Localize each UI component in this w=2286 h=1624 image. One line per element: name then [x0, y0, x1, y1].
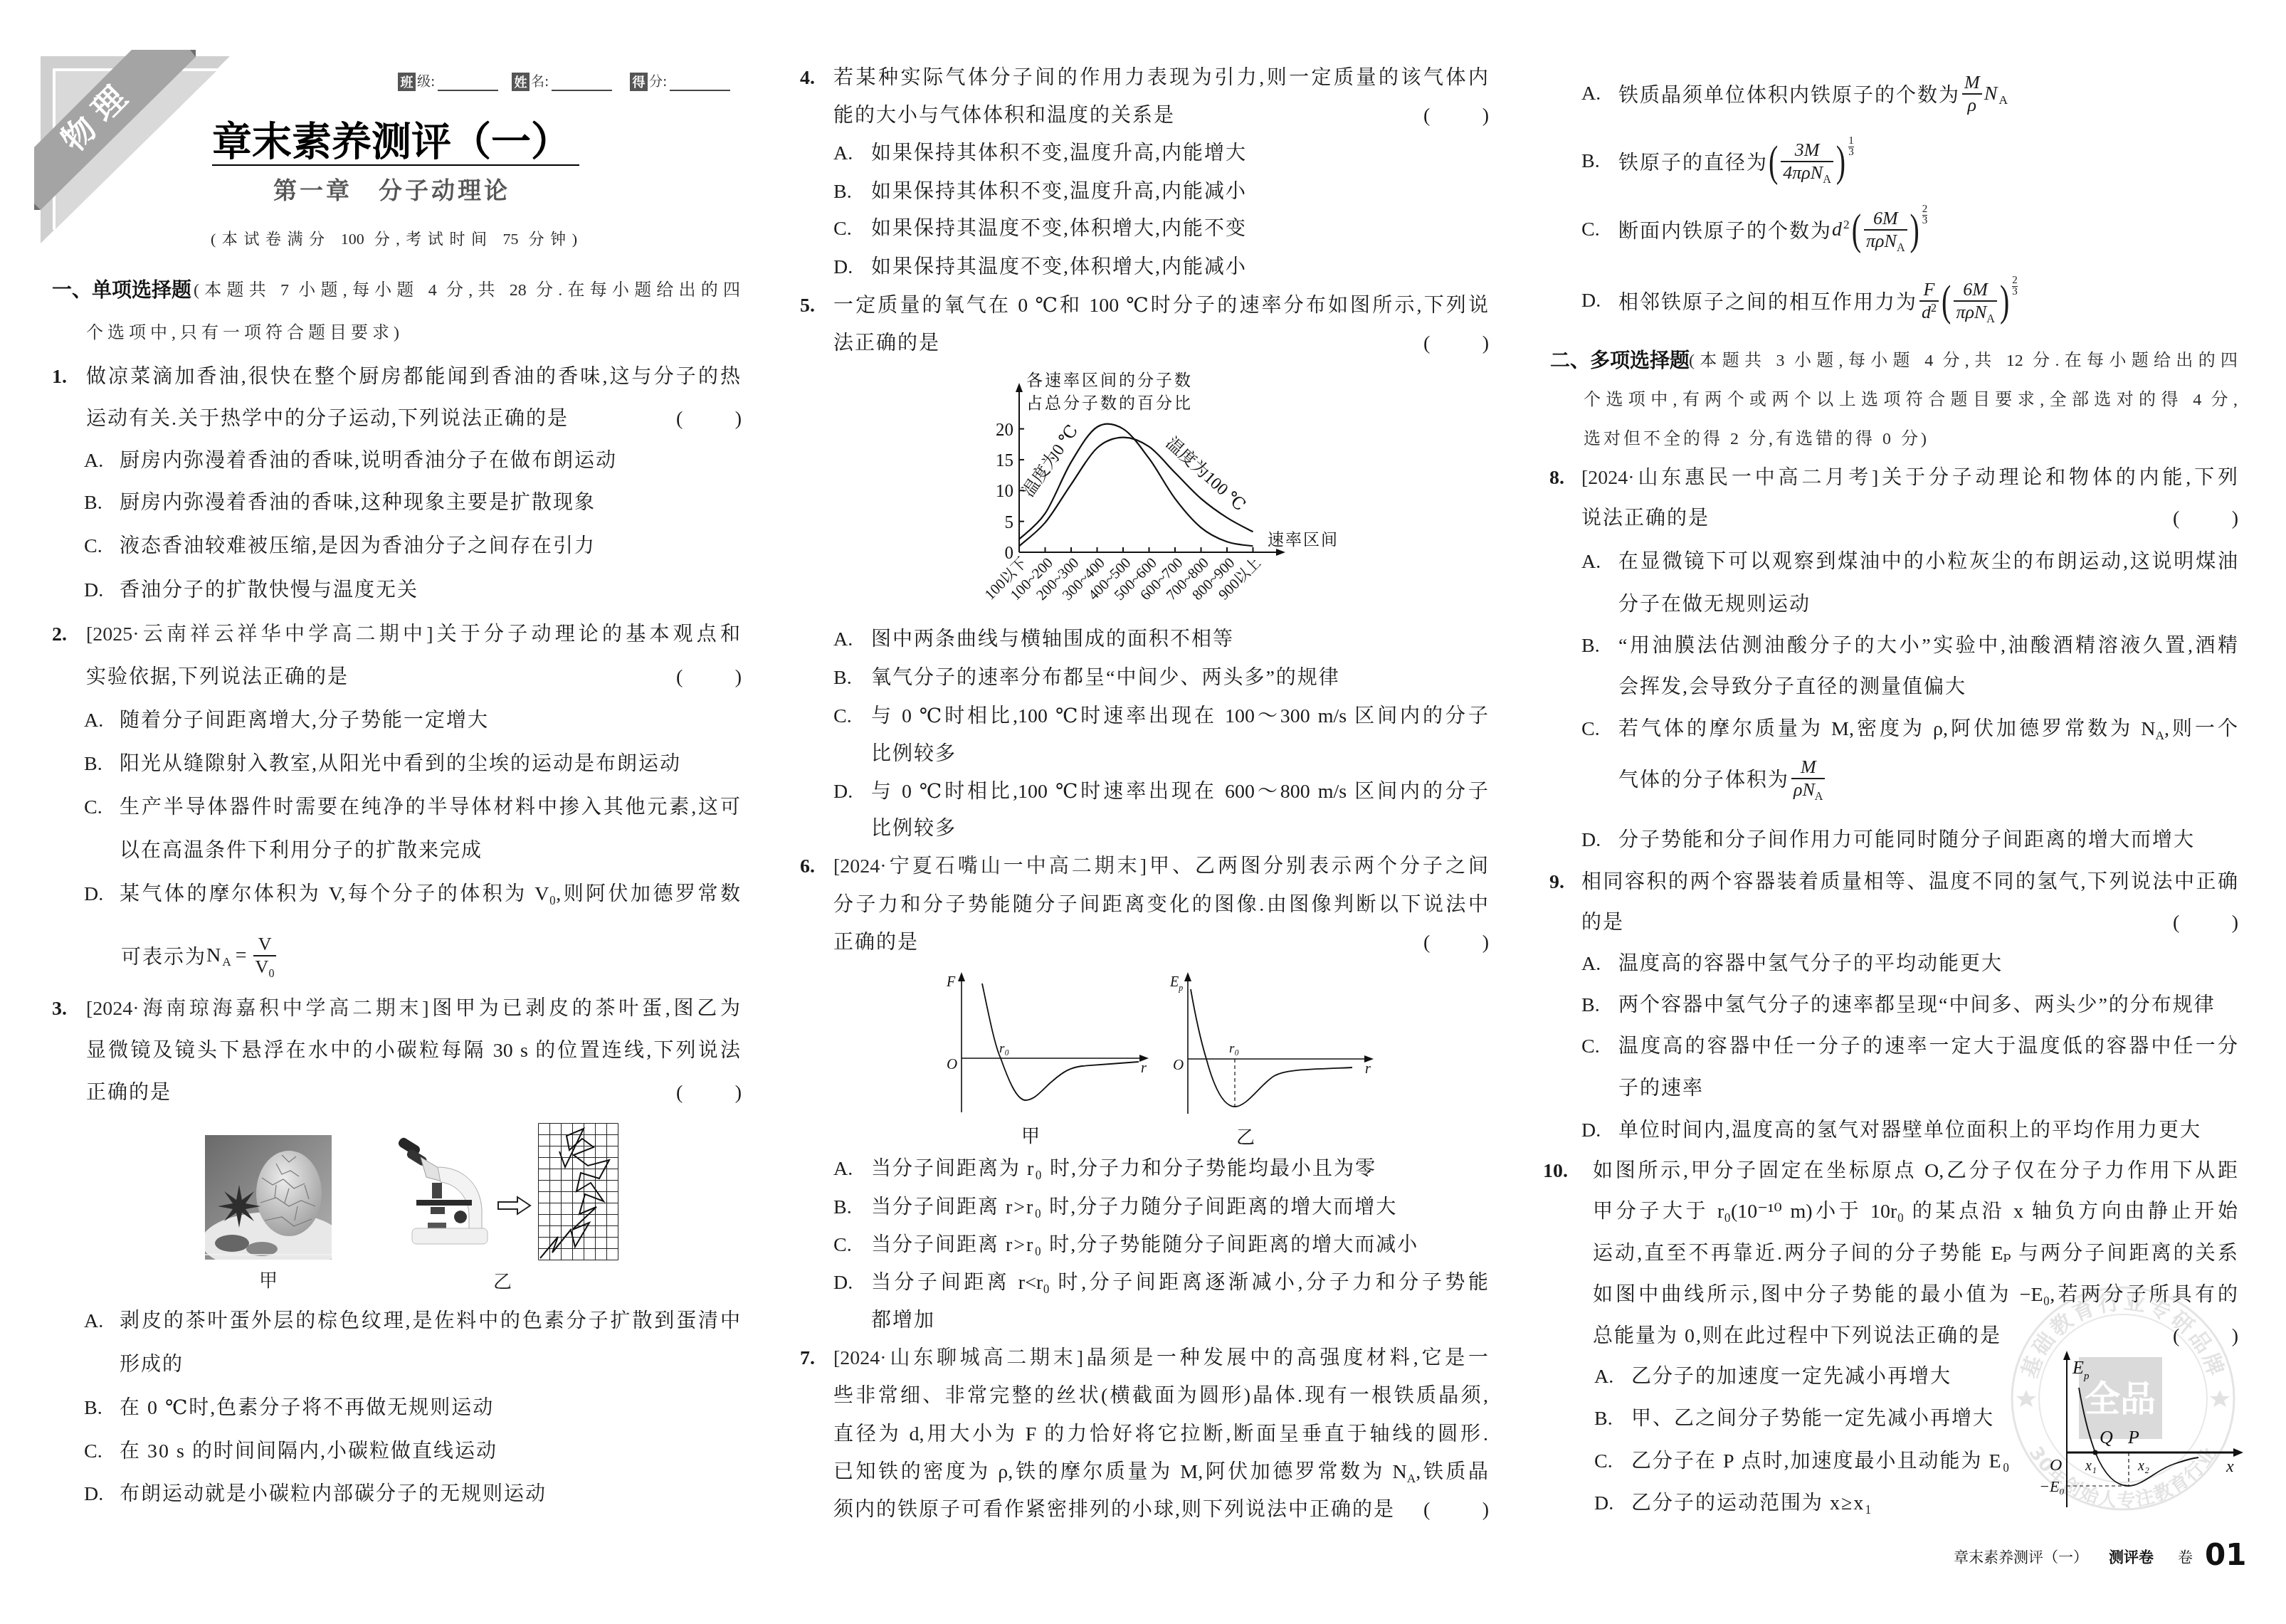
- bracket-open: (: [2173, 501, 2179, 537]
- option-label: A.: [84, 703, 103, 739]
- page-title: 章末素养测评（一）: [212, 121, 571, 164]
- name-blank: [552, 75, 612, 91]
- den-sub: 0: [268, 968, 274, 980]
- question-stem: 说法正确的是: [1581, 501, 1710, 537]
- option-label: D.: [833, 774, 853, 810]
- denominator: ρ: [1966, 95, 1979, 116]
- y-axis-title: 各速率区间的分子数: [1026, 371, 1193, 389]
- bracket-close: ): [1482, 98, 1489, 134]
- stem-text: ,铁质晶: [1416, 1461, 1488, 1483]
- question-source: [2024·山东聊城高二期末]: [833, 1347, 1083, 1369]
- y-axis-label: F: [946, 974, 956, 990]
- section-title: 二、多项选择题: [1550, 343, 1690, 379]
- microscope-image: [396, 1137, 490, 1248]
- question-stem: 若某种实际气体分子间的作用力表现为引力,则一定质量的该气体内: [833, 60, 1488, 96]
- exponent: 13: [1848, 136, 1854, 158]
- origin-label: O: [947, 1055, 957, 1072]
- score-field: 得 分:: [630, 71, 730, 91]
- answer-bracket: (): [2173, 501, 2238, 537]
- option-text: 随着分子间距离增大,分子势能一定增大: [120, 703, 489, 739]
- option-text: 相邻铁原子之间的相互作用力为 Fd2 ( 6MπρNA ) 23: [1618, 265, 2018, 337]
- y-axis-label: Ep: [1169, 974, 1183, 993]
- question-stem: 正确的是: [86, 1075, 172, 1111]
- option-label: D.: [1594, 1486, 1613, 1522]
- option-text: 氧气分子的速率分布都呈“中间少、两头多”的规律: [871, 660, 1340, 696]
- y-tick-label: 5: [1005, 513, 1014, 532]
- section-description: (本题共 7 小题,每小题 4 分,共 28 分.在每小题给出的四: [194, 273, 740, 308]
- option-label: D.: [833, 250, 853, 285]
- option-label: D.: [1581, 1113, 1601, 1149]
- option-text: 都增加: [871, 1303, 935, 1339]
- option-text: 在 0 ℃时,色素分子将不再做无规则运动: [120, 1391, 494, 1426]
- option-text: 当分子间距离 r>r₀ 时,分子力随分子间距离的增大而增大: [871, 1190, 1397, 1225]
- symbol-sub: A: [1998, 93, 2009, 107]
- question-stem: 总能量为 0,则在此过程中下列说法正确的是: [1593, 1319, 2001, 1354]
- option-label: B.: [833, 174, 852, 210]
- option-label: C.: [833, 211, 852, 247]
- name-field: 姓 名:: [512, 71, 612, 91]
- y-tick-label: 10: [996, 482, 1013, 501]
- option-text: 香油分子的扩散快慢与温度无关: [120, 573, 418, 608]
- exponent: 23: [2012, 275, 2018, 297]
- denominator: V0: [253, 956, 277, 978]
- bracket-close: ): [1482, 326, 1489, 362]
- option-text: 在显微镜下可以观察到煤油中的小粒灰尘的布朗运动,这说明煤油: [1618, 544, 2238, 580]
- question-stem: 须内的铁原子可看作紧密排列的小球,则下列说法中正确的是: [833, 1492, 1395, 1528]
- question-stem: [2025·云南祥云祥华中学高二期中]关于分子动理论的基本观点和: [86, 617, 740, 653]
- den-sub: A: [1815, 791, 1823, 803]
- question-number: 6.: [800, 849, 815, 885]
- option-label: D.: [84, 877, 103, 912]
- option-sub: A: [2155, 729, 2164, 742]
- option-text: 温度高的容器中任一分子的速率一定大于温度低的容器中任一分: [1618, 1029, 2238, 1065]
- question-stem: 的是: [1581, 905, 1624, 941]
- speed-distribution-chart: 05101520100以下100~200200~300300~400400~50…: [954, 356, 1352, 626]
- exponent: 23: [1922, 204, 1928, 226]
- option-text: 乙分子的运动范围为 x≥x₁: [1631, 1486, 1873, 1522]
- option-label: C.: [1594, 1444, 1613, 1480]
- formula-text: 可表示为: [121, 942, 206, 970]
- den-sub: A: [1986, 313, 1995, 325]
- option-label: A.: [1581, 544, 1601, 580]
- bracket-open: (: [1423, 326, 1430, 362]
- option-text: 分子在做无规则运动: [1618, 587, 1811, 623]
- y-axis-arrow: [1184, 972, 1191, 981]
- numerator: M: [1798, 756, 1818, 778]
- star-icon: [2016, 1390, 2036, 1407]
- denominator: d2: [1919, 302, 1939, 323]
- option-text: 当分子间距离为 r₀ 时,分子力和分子势能均最小且为零: [871, 1151, 1376, 1187]
- numerator: 6M: [1961, 279, 1990, 300]
- bracket-close: ): [1482, 925, 1489, 961]
- option-label: C.: [1581, 212, 1600, 248]
- option-text: 如果保持其体积不变,温度升高,内能增大: [871, 136, 1247, 172]
- option-text: 甲、乙之间分子势能一定先减小再增大: [1631, 1401, 1994, 1437]
- den-symbol: ρN: [1793, 779, 1815, 800]
- option-text: 若气体的摩尔质量为 M,密度为 ρ,阿伏加德罗常数为 NA,则一个: [1618, 712, 2238, 747]
- symbol-n: N: [1984, 83, 1999, 105]
- y-tick-label: 15: [996, 451, 1013, 470]
- question-number: 4.: [800, 60, 815, 96]
- question-stem: 已知铁的密度为 ρ,铁的摩尔质量为 M,阿伏加德罗常数为 NA,铁质晶: [833, 1455, 1488, 1490]
- stem-text: 晶须是一种发展中的高强度材料,它是一: [1083, 1347, 1488, 1369]
- option-text: 铁质晶须单位体积内铁原子的个数为 Mρ NA: [1618, 58, 2009, 130]
- name-label: 名:: [531, 73, 549, 91]
- option-label: B.: [833, 1190, 852, 1225]
- question-source: [2024·宁夏石嘴山一中高二期末]: [833, 855, 1147, 877]
- potential-energy-graph: Ep O x Q P x₁ x₂ −E₀: [2035, 1345, 2249, 1516]
- min-energy-label: −E₀: [2039, 1477, 2065, 1495]
- question-stem: 运动有关.关于热学中的分子运动,下列说法正确的是: [86, 401, 569, 437]
- x-axis-title: 速率区间: [1268, 531, 1339, 549]
- section-description: 个选项中,有两个或两个以上选项符合题目要求,全部选对的得 4 分,: [1584, 382, 2238, 418]
- option-label: D.: [84, 1477, 103, 1512]
- question-source: [2025·云南祥云祥华中学高二期中]: [86, 623, 433, 645]
- question-stem: 如图所示,甲分子固定在坐标原点 O,乙分子仅在分子力作用下从距: [1593, 1154, 2238, 1189]
- fraction: 6MπρNA: [1954, 279, 1997, 323]
- den-symbol: πρN: [1866, 231, 1897, 251]
- bracket-close: ): [2232, 501, 2238, 537]
- class-field: 班 级:: [398, 71, 498, 91]
- question-stem: 分子力和分子势能随分子间距离变化的图像.由图像判断以下说法中: [833, 887, 1488, 923]
- avogadro-symbol: NA: [1984, 83, 2009, 105]
- den-sup: 2: [1931, 302, 1937, 315]
- option-label: A.: [1581, 947, 1601, 982]
- option-formula: 可表示为 NA = VV0: [121, 920, 278, 991]
- name-label-box: 姓: [512, 73, 530, 91]
- option-label: C.: [833, 699, 852, 734]
- x-axis-arrow: [1276, 549, 1285, 556]
- exam-page: 物理 班 级: 姓 名: 得 分: 章末素养测评（一） 第一章 分子动理论 (本…: [0, 0, 2286, 1624]
- option-label: C.: [84, 790, 102, 826]
- option-text: 温度高的容器中氢气分子的平均动能更大: [1618, 947, 2003, 982]
- option-text: 厨房内弥漫着香油的香味,说明香油分子在做布朗运动: [120, 443, 617, 479]
- point-q-label: Q: [2100, 1427, 2113, 1448]
- footer-type: 测评卷: [2109, 1543, 2154, 1571]
- option-text: 比例较多: [871, 811, 957, 847]
- potential-curve: [1191, 989, 1352, 1107]
- question-stem: 正确的是: [833, 925, 919, 961]
- question-number: 8.: [1549, 460, 1564, 496]
- bracket-open: (: [676, 401, 683, 437]
- exp-num: 1: [1848, 136, 1854, 147]
- bracket-open: (: [1423, 925, 1430, 961]
- option-text: 分子势能和分子间作用力可能同时随分子间距离的增大而增大: [1618, 823, 2195, 858]
- x-axis-label: r: [1365, 1061, 1371, 1077]
- answer-bracket: (): [2173, 905, 2238, 941]
- option-text: 当分子间距离 r<r₀ 时,分子间距离逐渐减小,分子力和分子势能: [871, 1265, 1488, 1301]
- option-label: C.: [1581, 1029, 1600, 1065]
- option-label: A.: [833, 136, 853, 172]
- x2-label: x₂: [2137, 1458, 2149, 1474]
- option-text: 单位时间内,温度高的氢气对器壁单位面积上的平均作用力更大: [1618, 1113, 2201, 1149]
- question-number: 9.: [1549, 865, 1564, 900]
- x-axis-label: x: [2226, 1457, 2234, 1476]
- option-text: 乙分子在 P 点时,加速度最小且动能为 E₀: [1631, 1444, 2011, 1480]
- exp-den: 3: [1922, 216, 1928, 226]
- option-text: 液态香油较难被压缩,是因为香油分子之间存在引力: [120, 529, 596, 564]
- option-text: 以在高温条件下利用分子的扩散来完成: [120, 833, 483, 869]
- stem-text: 甲、乙两图分别表示两个分子之间: [1147, 855, 1488, 877]
- stem-text: 图甲为已剥皮的茶叶蛋,图乙为: [429, 998, 740, 1020]
- bracket-open: (: [1423, 98, 1430, 134]
- option-formula: 气体的分子体积为 MρNA: [1618, 743, 1827, 814]
- exam-note: (本试卷满分 100 分,考试时间 75 分钟): [211, 228, 577, 251]
- denominator: ρNA: [1791, 779, 1825, 801]
- figure-caption: 甲: [1021, 1126, 1040, 1146]
- option-text: 阳光从缝隙射入教室,从阳光中看到的尘埃的运动是布朗运动: [120, 747, 681, 782]
- question-stem: 做凉菜滴加香油,很快在整个厨房都能闻到香油的香味,这与分子的热: [86, 359, 740, 395]
- fraction: MρNA: [1791, 756, 1825, 801]
- tea-egg-photo: [205, 1135, 332, 1260]
- x-axis-label: r: [1141, 1060, 1147, 1076]
- option-text: 如果保持其温度不变,体积增大,内能不变: [871, 211, 1247, 247]
- numerator: V: [256, 934, 274, 955]
- option-text: 剥皮的茶叶蛋外层的棕色纹理,是佐料中的色素分子扩散到蛋清中: [120, 1304, 740, 1339]
- option-label: D.: [1581, 823, 1601, 858]
- fraction: Mρ: [1962, 72, 1982, 116]
- question-stem: 直径为 d,用大小为 F 的力恰好将它拉断,断面呈垂直于轴线的圆形.: [833, 1417, 1488, 1452]
- denominator: 4πρNA: [1781, 162, 1833, 184]
- exp-den: 3: [1848, 147, 1854, 158]
- option-segment: 若气体的摩尔质量为 M,密度为 ρ,阿伏加德罗常数为 N: [1618, 718, 2155, 740]
- exp-num: 2: [1922, 204, 1928, 215]
- score-blank: [670, 75, 730, 91]
- bracket-close: ): [735, 401, 742, 437]
- paren-close: ): [1910, 208, 1919, 252]
- option-text: 当分子间距离 r>r₀ 时,分子势能随分子间距离的增大而减小: [871, 1228, 1418, 1263]
- option-text: 子的速率: [1618, 1071, 1704, 1107]
- footer-volume-label: 卷: [2178, 1543, 2193, 1571]
- numerator: 3M: [1793, 139, 1822, 161]
- title-underline: [212, 164, 579, 166]
- potential-graph-yi: Ep O r r₀ 乙: [1169, 972, 1374, 1148]
- fraction: 3M4πρNA: [1781, 139, 1833, 184]
- question-stem: [2024·海南琼海嘉积中学高二期末]图甲为已剥皮的茶叶蛋,图乙为: [86, 991, 740, 1027]
- den-symbol: d: [1922, 302, 1931, 322]
- bracket-close: ): [2232, 905, 2238, 941]
- bracket-open: (: [676, 660, 683, 695]
- question-number: 7.: [800, 1341, 815, 1376]
- stem-text: 关于分子动理论和物体的内能,下列: [1878, 467, 2238, 489]
- score-label: 分:: [649, 73, 667, 91]
- option-label: A.: [833, 1151, 853, 1187]
- option-label: A.: [1594, 1359, 1613, 1395]
- den-sub: A: [1823, 174, 1831, 186]
- bracket-open: (: [2173, 905, 2179, 941]
- question-stem: 甲分子大于 r₀(10⁻¹⁰ m)小于 10r₀ 的某点沿 x 轴负方向由静止开…: [1593, 1194, 2238, 1230]
- stem-text: 关于分子动理论的基本观点和: [433, 623, 740, 645]
- answer-bracket: (): [676, 401, 742, 437]
- option-label: A.: [833, 622, 853, 658]
- paren-close: ): [2000, 279, 2009, 323]
- den-symbol: V: [256, 956, 269, 977]
- option-label: C.: [833, 1228, 852, 1263]
- exp-num: 2: [2012, 275, 2018, 286]
- paren-open: (: [1942, 279, 1951, 323]
- fraction: VV0: [253, 934, 277, 978]
- formula-text: 相邻铁原子之间的相互作用力为: [1618, 287, 1917, 315]
- question-stem: 一定质量的氧气在 0 ℃和 100 ℃时分子的速率分布如图所示,下列说: [833, 288, 1488, 324]
- question-stem: 相同容积的两个容器装着质量相等、温度不同的氢气,下列说法中正确: [1581, 865, 2238, 900]
- paren-close: ): [1836, 139, 1845, 184]
- chapter-subtitle: 第一章 分子动理论: [273, 176, 510, 205]
- question-source: [2024·山东惠民一中高二月考]: [1581, 467, 1878, 489]
- fraction: 6MπρNA: [1864, 208, 1907, 252]
- molecular-force-graphs: F O r r₀ 甲 Ep O r r₀ 乙: [925, 961, 1409, 1153]
- formula-text: 气体的分子体积为: [1618, 764, 1789, 793]
- option-text: 厨房内弥漫着香油的香味,这种现象主要是扩散现象: [120, 485, 596, 521]
- footer-title: 章末素养测评（一）: [1954, 1543, 2088, 1571]
- answer-bracket: (): [1423, 98, 1489, 134]
- coefficient-fraction: Fd2: [1919, 279, 1939, 323]
- option-text: 形成的: [120, 1347, 184, 1383]
- option-label: B.: [833, 660, 852, 696]
- option-label: B.: [1594, 1401, 1613, 1437]
- question-stem: 能的大小与气体体积和温度的关系是: [833, 98, 1175, 134]
- class-label: 级:: [417, 73, 435, 91]
- exp-den: 3: [2012, 287, 2018, 297]
- option-text: “用油膜法估测油酸分子的大小”实验中,油酸酒精溶液久置,酒精: [1618, 628, 2238, 664]
- numerator: M: [1962, 72, 1982, 93]
- bracket-close: ): [735, 660, 742, 695]
- option-label: D.: [1581, 283, 1601, 319]
- den-symbol: 4πρN: [1783, 162, 1823, 183]
- symbol-sub: A: [222, 955, 233, 969]
- option-text: 如果保持其温度不变,体积增大,内能减小: [871, 250, 1247, 285]
- right-arrow-icon: [497, 1196, 532, 1216]
- option-text: 布朗运动就是小碳粒内部碳分子的无规则运动: [120, 1477, 547, 1512]
- y-tick-label: 20: [996, 421, 1013, 440]
- denominator: πρNA: [1954, 302, 1997, 323]
- option-text: 某气体的摩尔体积为 V,每个分子的体积为 V₀,则阿伏加德罗常数: [120, 877, 740, 912]
- question-stem: 些非常细、非常完整的丝状(横截面为圆形)晶体.现有一根铁质晶须,: [833, 1378, 1488, 1414]
- option-label: B.: [84, 747, 102, 782]
- option-text: 生产半导体器件时需要在纯净的半导体材料中掺入其他元素,这可: [120, 790, 740, 826]
- option-label: A.: [84, 443, 103, 479]
- question-stem: 如图中曲线所示,图中分子势能的最小值为 −E₀,若两分子所具有的: [1593, 1277, 2238, 1313]
- option-text: 乙分子的加速度一定先减小再增大: [1631, 1359, 1951, 1395]
- option-text: 铁原子的直径为 ( 3M4πρNA ) 13: [1618, 126, 1854, 197]
- option-label: C.: [84, 529, 102, 564]
- y-axis-arrow: [2063, 1351, 2070, 1360]
- paren-open: (: [1852, 208, 1861, 252]
- option-label: B.: [1581, 144, 1600, 179]
- option-text: 比例较多: [871, 737, 957, 772]
- r0-label: r₀: [999, 1041, 1009, 1056]
- formula-text: 铁原子的直径为: [1618, 147, 1768, 176]
- den-sub: A: [1897, 242, 1905, 254]
- question-number: 10.: [1543, 1154, 1568, 1189]
- bracket-close: ): [1482, 1492, 1489, 1528]
- option-label: C.: [84, 1434, 102, 1470]
- bracket-open: (: [1423, 1492, 1430, 1528]
- y-axis-arrow: [958, 972, 965, 981]
- section-description: 个选项中,只有一项符合题目要求): [86, 315, 404, 351]
- question-stem: [2024·山东聊城高二期末]晶须是一种发展中的高强度材料,它是一: [833, 1341, 1488, 1376]
- answer-bracket: (): [676, 660, 742, 695]
- r0-label: r₀: [1229, 1041, 1239, 1056]
- den-symbol: πρN: [1956, 302, 1986, 322]
- option-label: B.: [1581, 628, 1600, 664]
- figure-caption-yi: 乙: [493, 1270, 512, 1295]
- question-stem: 显微镜及镜头下悬浮在水中的小碳粒每隔 30 s 的位置连线,下列说法: [86, 1033, 740, 1069]
- class-blank: [438, 75, 498, 91]
- denominator: πρNA: [1864, 231, 1907, 252]
- stem-sub: A: [1407, 1472, 1416, 1485]
- section-description: (本题共 3 小题,每小题 4 分,共 12 分.在每小题给出的四: [1689, 343, 2238, 379]
- option-text: 会挥发,会导致分子直径的测量值偏大: [1618, 670, 1966, 705]
- numerator: F: [1922, 279, 1937, 300]
- equals-sign: =: [236, 944, 248, 967]
- option-text: 与 0 ℃时相比,100 ℃时速率出现在 600～800 m/s 区间内的分子: [871, 774, 1488, 810]
- formula-text: 断面内铁原子的个数为: [1618, 216, 1832, 244]
- symbol-n: N: [206, 944, 222, 966]
- score-label-box: 得: [630, 73, 648, 91]
- force-graph-jia: F O r r₀ 甲: [946, 972, 1149, 1146]
- subject-banner: 物理: [0, 0, 242, 256]
- question-number: 1.: [52, 359, 67, 395]
- origin-label: O: [2050, 1456, 2062, 1475]
- option-label: B.: [1581, 988, 1600, 1023]
- option-label: A.: [1581, 76, 1601, 112]
- answer-bracket: (): [1423, 1492, 1489, 1528]
- question-number: 3.: [52, 991, 67, 1027]
- option-text: 在 30 s 的时间间隔内,小碳粒做直线运动: [120, 1434, 497, 1470]
- option-label: B.: [84, 1391, 102, 1426]
- stem-text: 已知铁的密度为 ρ,铁的摩尔质量为 M,阿伏加德罗常数为 N: [833, 1461, 1407, 1483]
- figure-caption-jia: 甲: [259, 1269, 278, 1293]
- option-text: 两个容器中氢气分子的速率都呈现“中间多、两头少”的分布规律: [1618, 988, 2216, 1023]
- answer-bracket: (): [1423, 326, 1489, 362]
- avogadro-symbol: NA: [206, 944, 233, 967]
- question-source: [2024·海南琼海嘉积中学高二期末]: [86, 998, 429, 1020]
- paren-open: (: [1769, 139, 1778, 184]
- option-text: 如果保持其体积不变,温度升高,内能减小: [871, 174, 1247, 210]
- question-number: 5.: [800, 288, 815, 324]
- formula-text: 铁质晶须单位体积内铁原子的个数为: [1618, 80, 1960, 108]
- symbol-sup: 2: [1843, 218, 1851, 231]
- symbol-d: d: [1832, 218, 1843, 241]
- footer-page-number: 01: [2205, 1537, 2246, 1573]
- section-title: 一、单项选择题: [52, 273, 191, 308]
- answer-bracket: (): [676, 1075, 742, 1111]
- bracket-close: ): [735, 1075, 742, 1111]
- question-stem: [2024·山东惠民一中高二月考]关于分子动理论和物体的内能,下列: [1581, 460, 2238, 496]
- y-axis-title: 占总分子数的百分比: [1026, 394, 1193, 412]
- section-description: 选对但不全的得 2 分,有选错的得 0 分): [1584, 421, 1929, 457]
- bracket-open: (: [676, 1075, 683, 1111]
- origin-label: O: [1173, 1056, 1184, 1073]
- x-axis-arrow: [2233, 1448, 2243, 1457]
- figure-caption: 乙: [1236, 1127, 1255, 1148]
- option-label: D.: [84, 573, 103, 608]
- question-number: 2.: [52, 617, 67, 653]
- question-stem: [2024·宁夏石嘴山一中高二期末]甲、乙两图分别表示两个分子之间: [833, 849, 1488, 885]
- option-segment: ,则一个: [2164, 718, 2238, 740]
- class-label-box: 班: [398, 73, 416, 91]
- question-stem: 法正确的是: [833, 326, 940, 362]
- y-axis-label: Ep: [2072, 1357, 2090, 1382]
- numerator: 6M: [1871, 208, 1900, 229]
- answer-bracket: (): [1423, 925, 1489, 961]
- option-label: D.: [833, 1265, 853, 1301]
- point-p-label: P: [2127, 1427, 2139, 1448]
- y-axis-arrow: [1016, 383, 1023, 392]
- option-label: B.: [84, 485, 102, 521]
- question-stem: 实验依据,下列说法正确的是: [86, 660, 349, 695]
- option-label: A.: [84, 1304, 103, 1339]
